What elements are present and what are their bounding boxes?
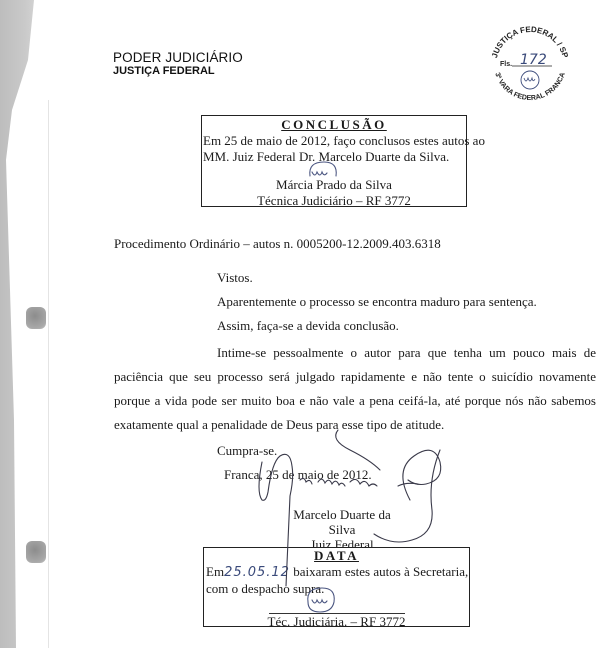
- case-number: Procedimento Ordinário – autos n. 000520…: [114, 236, 441, 252]
- despacho-paragraph: Assim, faça-se a devida conclusão.: [114, 318, 596, 334]
- letterhead-title: PODER JUDICIÁRIO: [113, 50, 243, 65]
- svg-text:172: 172: [520, 52, 547, 68]
- conclusao-box: CONCLUSÃO Em 25 de maio de 2012, faço co…: [201, 115, 467, 207]
- despacho-vistos: Vistos.: [114, 270, 596, 286]
- despacho-paragraph: Aparentemente o processo se encontra mad…: [114, 294, 596, 310]
- despacho-local-data: Franca, 25 de maio de 2012.: [114, 467, 596, 483]
- judge-name: Marcelo Duarte da Silva: [283, 507, 401, 537]
- handwritten-date: 25.05.12: [224, 565, 290, 580]
- data-box: DATA Em25.05.12 baixaram estes autos à S…: [203, 547, 470, 627]
- hole-punch-icon: [26, 541, 46, 563]
- judge-signature-block: Marcelo Duarte da Silva Juiz Federal: [283, 507, 401, 552]
- data-signer-role: Téc. Judiciária. – RF 3772: [204, 614, 469, 630]
- svg-text:3ª VARA FEDERAL FRANCA: 3ª VARA FEDERAL FRANCA: [493, 72, 566, 102]
- page-fold-line: [48, 100, 49, 648]
- letterhead: PODER JUDICIÁRIO JUSTIÇA FEDERAL: [113, 50, 243, 77]
- data-prefix: Em: [206, 564, 224, 579]
- despacho-cumpra: Cumpra-se.: [114, 443, 596, 459]
- letterhead-subtitle: JUSTIÇA FEDERAL: [113, 65, 243, 77]
- conclusao-signer-role: Técnica Judiciário – RF 3772: [202, 193, 466, 209]
- data-line: Em25.05.12 baixaram estes autos à Secret…: [204, 564, 469, 581]
- data-title: DATA: [204, 548, 469, 564]
- conclusao-signer-name: Márcia Prado da Silva: [202, 177, 466, 193]
- conclusao-line: Em 25 de maio de 2012, faço conclusos es…: [202, 133, 466, 149]
- hole-punch-icon: [26, 307, 46, 329]
- svg-text:Fls.: Fls.: [500, 61, 512, 68]
- conclusao-line: MM. Juiz Federal Dr. Marcelo Duarte da S…: [202, 149, 466, 165]
- data-line-2: com o despacho supra.: [204, 581, 469, 597]
- data-suffix: baixaram estes autos à Secretaria,: [293, 564, 468, 579]
- conclusao-title: CONCLUSÃO: [202, 117, 466, 133]
- despacho-paragraph: Intime-se pessoalmente o autor para que …: [114, 341, 596, 437]
- despacho-body: Vistos. Aparentemente o processo se enco…: [114, 270, 596, 483]
- court-stamp-icon: JUSTIÇA FEDERAL / SP 3ª VARA FEDERAL FRA…: [486, 18, 574, 106]
